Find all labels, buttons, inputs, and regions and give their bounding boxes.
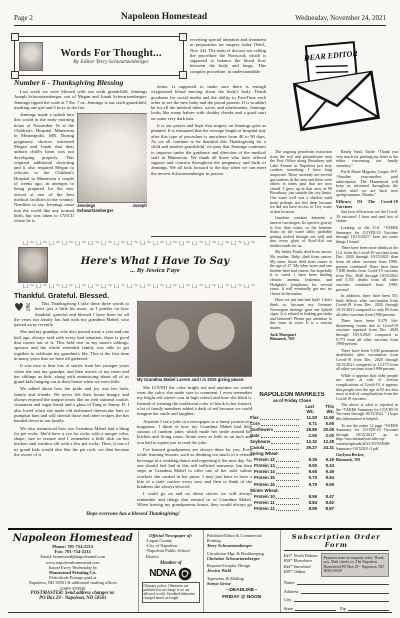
article-paragraph: We also reminisced how our Grandma Mabel…: [14, 426, 129, 458]
blank-line: [348, 606, 389, 611]
dot-leader: [276, 510, 299, 511]
dear-editor-envelope-icon: DEAR EDITOR: [282, 32, 388, 144]
letter-paragraph: To see the entire 12 page “VAERS Summary…: [336, 424, 398, 452]
letter-paragraph: There have been 9,379 life-threatening e…: [336, 319, 398, 347]
globe-icon: [178, 567, 192, 581]
rate-item: $39* Online: [284, 569, 318, 574]
newspaper-page: Page 2 Napoleon Homestead Wednesday, Nov…: [0, 0, 400, 618]
dot-leader: [261, 425, 299, 426]
grandma-photo-caption: My Grandma Mabel Larsen and I in 2015 gi…: [137, 378, 252, 383]
baby-photo: [77, 113, 147, 203]
markets-table: NAPOLEON MARKETS as of Friday Close Last…: [250, 392, 334, 520]
words-for-thought-box: Words For Thought... By Editor Terry Sch…: [14, 36, 184, 76]
deadline-value: FRIDAY @ NOON: [207, 595, 277, 600]
newspaper-title: Napoleon Homestead: [121, 12, 207, 22]
letters-column-2: Randy Sand, Turtle: “Thank you very much…: [336, 150, 398, 524]
squiggle-border-bottom: □~□~□~□~□~□~□~□~□~□~□~□~□~□~□~□~□~□~: [14, 284, 266, 289]
letter-paragraph: My father, Frank, died from cancer. My m…: [270, 250, 332, 296]
subscription-form: Subscription Order Form $41* North Dakot…: [281, 530, 392, 612]
staff-role: Typesetter & Mailing Sonya Grose: [207, 576, 277, 586]
markets-subtitle: as of Friday Close: [250, 398, 334, 403]
article-paragraph: It was nice to hear lots of stories from…: [14, 363, 129, 384]
subscription-title: Subscription Order Form: [284, 533, 389, 551]
page-number: Page 2: [14, 14, 33, 22]
heres-what-box: □~□~□~□~□~□~□~□~□~□~□~□~□~□~□~□~□~□~ Her…: [14, 242, 266, 288]
dot-leader: [261, 437, 299, 438]
article-paragraph: It is our prayer and hope that surgery o…: [151, 123, 266, 176]
article-text-top-right: receiving special attention and treatmen…: [190, 37, 266, 81]
dear-editor-graphic: DEAR EDITOR: [282, 32, 388, 144]
dot-leader: [276, 498, 299, 499]
corner-ornament: [179, 71, 187, 79]
grandma-photo-block: My Grandma Mabel Larsen and I in 2015 gi…: [137, 301, 252, 383]
dot-leader: [276, 467, 299, 468]
form-line-name: Name: [284, 580, 389, 585]
staff-name: Terry Schwartzenberger: [207, 543, 252, 548]
letters-column-1: The ongoing petroleum extraction from th…: [270, 150, 332, 388]
column-byline: ... By Jessica Faye: [48, 267, 262, 274]
corner-ornament: [11, 33, 19, 41]
letter-paragraph: There have been 9,100 permanent disabili…: [336, 349, 398, 372]
staff-name: Jessica Wald: [207, 568, 231, 573]
article-paragraph: We talked about how her pride and joy wa…: [14, 386, 129, 423]
article-column-2: terms, is supposed to make sure there is…: [151, 84, 266, 234]
heart-peace-doodle-icon: ♥✌: [14, 302, 33, 314]
letter-paragraph: The ongoing petroleum extraction from th…: [270, 150, 332, 214]
subscription-rates: $41* North Dakota $50* Elsewhere $44* Sn…: [284, 553, 318, 577]
staff-role: Circulation Mgr. & Bookkeeping Christine…: [207, 551, 277, 561]
staff-name: Sonya Grose: [207, 581, 231, 586]
article-body: ♥✌ This Thanksgiving I take these three …: [14, 301, 252, 509]
article-headline: Number 6 - Thanksgiving Blessing: [14, 78, 147, 87]
columnist-photo: [18, 247, 48, 283]
masthead-postmaster-2: PO Box 29 - Napoleon, ND 58561: [11, 596, 135, 601]
obituary-policy: Obituary policy: Obituaries are publishe…: [142, 582, 200, 603]
letter-paragraph: Randy Sand, Turtle: “Thank you very much…: [336, 150, 398, 168]
dot-leader: [265, 449, 299, 450]
letter-paragraph: Just how efficacious are the Covid-19 va…: [336, 210, 398, 224]
article-paragraph: She LOVED the color bright red and anyti…: [137, 385, 252, 417]
form-line-city: City: [284, 597, 389, 602]
article-paragraph: Last week we were blessed with our sixth…: [14, 89, 147, 110]
letter-paragraph: There have been more deaths in the U.S. …: [336, 246, 398, 292]
form-line-state-zip: State Zip: [284, 606, 389, 611]
dot-leader: [276, 473, 299, 474]
ndna-logo-text: NDNA: [149, 568, 176, 579]
masthead-staff: Publisher/Editor & Commercial Printing T…: [204, 530, 281, 612]
grandma-photo: [137, 301, 252, 377]
letter-headline: Efficacy Of The Covid-19 Vaccines: [336, 200, 398, 209]
letter-signature-location: Bismarck, ND: [336, 458, 398, 463]
dot-leader: [274, 431, 299, 432]
article-closing-line: Hope everyone has a blessed Thanksgiving…: [14, 511, 252, 517]
market-row: Protein 128.898.87: [250, 506, 334, 512]
article-paragraph: I've learned grandparents are always the…: [137, 447, 252, 489]
member-of-label: Member of: [142, 561, 200, 566]
letter-paragraph: While it appears that older people are m…: [336, 374, 398, 402]
column-byline: By Editor Terry Schwartzenberger: [43, 59, 179, 65]
letter-paragraph: Pat & Marie Magrum, Casper, WY: “Another…: [336, 170, 398, 198]
column-title: Here's What I Have To Say: [48, 256, 262, 267]
letter-paragraph: In addition, there have been 551 birth d…: [336, 294, 398, 317]
page-header: Page 2 Napoleon Homestead Wednesday, Nov…: [14, 12, 386, 26]
dot-leader: [276, 486, 299, 487]
squiggle-border-top: □~□~□~□~□~□~□~□~□~□~□~□~□~□~□~□~□~□~: [14, 241, 266, 246]
dot-leader: [276, 461, 299, 462]
article-paragraph: She and my grandpa, who also passed away…: [14, 329, 129, 361]
article-headline: Thankful. Grateful. Blessed.: [14, 291, 109, 300]
column-title: Words For Thought...: [43, 48, 179, 59]
dot-leader: [271, 443, 299, 444]
blank-line: [295, 606, 336, 611]
markets-column-headers: Last Wk. This Wk.: [250, 404, 334, 414]
editor-photo: [19, 42, 43, 71]
blank-line: [297, 580, 389, 585]
letter-paragraph: The above is what is reported in the “VA…: [336, 403, 398, 421]
staff-role: Reporter/Graphic Design Jessica Wald: [207, 563, 277, 573]
letter-paragraph: Looking at the U.S. “VAERS Summary for C…: [336, 226, 398, 244]
markets-col-last: Last Wk.: [297, 404, 314, 414]
article-paragraph: Anytime I see a joke in a newspaper or a…: [137, 419, 252, 445]
issue-date: Wednesday, November 24, 2021: [295, 14, 386, 22]
article-column-1: Number 6 - Thanksgiving Blessing Last we…: [14, 78, 147, 240]
staff-name: Christine Schwartzenberger: [207, 556, 260, 561]
staff-role: Publisher/Editor & Commercial Printing T…: [207, 533, 277, 548]
ndna-logo: NDNA: [142, 567, 200, 581]
deadline-label: --DEADLINE--: [207, 588, 277, 593]
letter-paragraph: Gasoline contains benzene, a known carci…: [270, 216, 332, 248]
blank-line: [294, 597, 389, 602]
payment-note: Payment must accompany order. Thank you.…: [321, 553, 389, 577]
letter-paragraph: Have we just had bad luck? I don't think…: [270, 298, 332, 330]
baby-photo-caption: Jennings Joseph Schwartzenberger: [77, 204, 147, 214]
masthead-official: Official Newspaper of: -Logan County -Ci…: [139, 530, 204, 612]
dot-leader: [276, 480, 299, 481]
blank-line: [301, 589, 389, 594]
form-line-address: Address: [284, 589, 389, 594]
official-item: -Napoleon Public School District: [142, 548, 200, 558]
masthead-postage-2: Napoleon, ND 58561 & additional mailing …: [11, 580, 135, 585]
dot-leader: [276, 504, 299, 505]
markets-col-this: This Wk.: [317, 404, 334, 414]
baby-photo-block: Jennings Joseph Schwartzenberger: [77, 113, 147, 214]
article-paragraph: terms, is supposed to make sure there is…: [151, 84, 266, 121]
dot-leader: [260, 419, 299, 420]
letter-signature-location: Bismarck, ND: [270, 337, 332, 342]
masthead: Napoleon Homestead Phone: 701-754-2212 F…: [8, 528, 392, 613]
corner-ornament: [179, 33, 187, 41]
column-divider-rule: [151, 236, 266, 237]
masthead-contact: Napoleon Homestead Phone: 701-754-2212 F…: [8, 530, 139, 612]
masthead-paper-name: Napoleon Homestead: [11, 533, 135, 544]
